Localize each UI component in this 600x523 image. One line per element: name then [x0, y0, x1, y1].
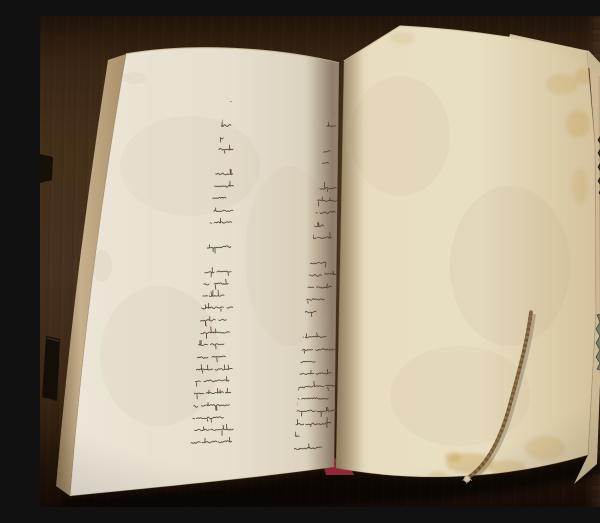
manuscript-photograph: Open medieval manuscript codex on a dark…	[40, 16, 600, 507]
photo-vignette	[40, 16, 600, 507]
